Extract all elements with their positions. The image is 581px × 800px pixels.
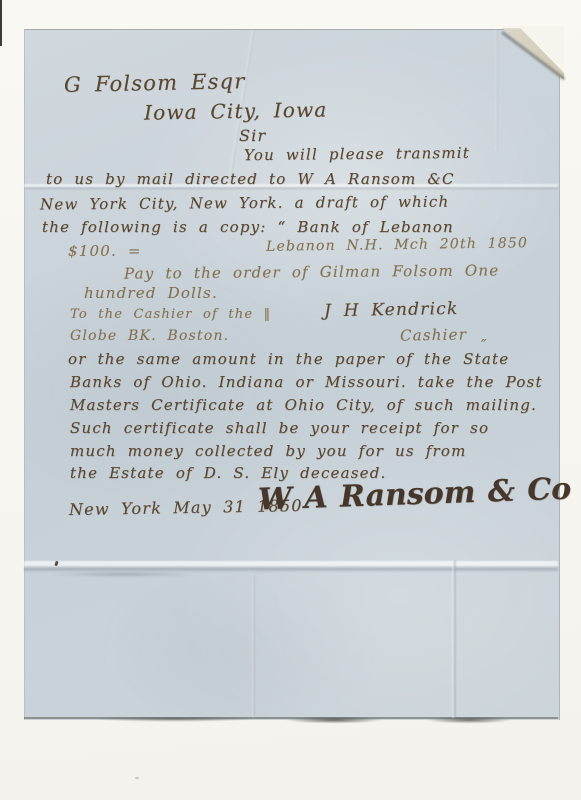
opening-line: You will please transmit [244,144,470,164]
draft-bank-name: Globe BK. Boston. [70,328,229,344]
scan-edge-artifact [0,0,2,46]
draft-signer-title: Cashier [400,325,467,344]
addressee-city: Iowa City, Iowa [144,97,328,124]
body-line-1: to us by mail directed to W A Ransom &C [46,170,455,188]
draft-signer-name: J H Kendrick [324,299,459,321]
instruction-line-1: or the same amount in the paper of the S… [68,350,509,368]
draft-amount-words: hundred Dolls. [84,284,218,302]
paper-speck [135,777,139,779]
instruction-line-5: much money collected by you for us from [70,442,467,460]
body-line-2: New York City, New York. a draft of whic… [40,193,449,214]
addressee-name: G Folsom Esqr [64,69,246,97]
instruction-line-3: Masters Certificate at Ohio City, of suc… [70,396,537,414]
draft-to-cashier: To the Cashier of the ‖ [70,307,271,322]
letter-scan: G Folsom Esqr Iowa City, Iowa Sir You wi… [0,0,581,800]
draft-pay-line: Pay to the order of Gilman Folsom One [124,261,499,282]
instruction-line-2: Banks of Ohio. Indiana or Missouri. take… [70,373,543,391]
body-line-3: the following is a copy: “ Bank of Leban… [42,218,454,236]
salutation: Sir [239,126,266,145]
paper-bottom-shadow [24,717,558,727]
instruction-line-4: Such certificate shall be your receipt f… [70,419,489,437]
draft-amount: $100. = [68,242,142,260]
